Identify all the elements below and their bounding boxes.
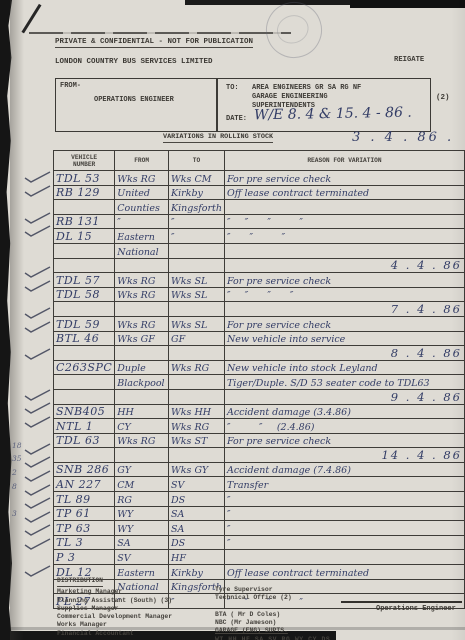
to-line-1: AREA ENGINEERS GR SA RG NF [252,84,361,92]
cell-reason: For pre service check [224,273,464,288]
variations-table: VEHICLENUMBER FROM TO REASON FOR VARIATI… [53,150,465,609]
tick-mark-icon [24,184,52,197]
cell-from: Wks RG [115,171,169,186]
cell-reason [224,243,464,258]
cell-vehicle: TDL 53 [54,171,115,186]
margin-tick [10,319,54,333]
cell-vehicle: TDL 63 [54,433,115,448]
cell-to: Wks HH [169,404,225,419]
table-row: C263SPCDupleWks RGNew vehicle into stock… [54,360,465,375]
table-row: TDL 59Wks RGWks SLFor pre service check [54,316,465,331]
variations-table-body: TDL 53Wks RGWks CMFor pre service checkR… [54,171,465,609]
cell-to: ″ [169,214,225,229]
header-from: FROM [115,151,169,171]
tick-mark-icon [24,510,52,523]
cell-to: SA [169,521,225,536]
cell-reason: New vehicle into stock Leyland [224,360,464,375]
cell-to: SA [169,506,225,521]
distribution-item: BTA ( Mr D Coles) [215,611,330,619]
cell-reason: Accident damage (7.4.86) [224,462,464,477]
cell-vehicle: NTL 1 [54,419,115,434]
cell-reason: 8 . 4 . 86 [224,346,464,361]
tick-mark-icon [24,415,52,428]
table-row: RB 129UnitedKirkbyOff lease contract ter… [54,185,465,200]
from-label: FROM- [60,82,81,90]
cell-vehicle: SNB405 [54,404,115,419]
cell-from [115,258,169,273]
margin-spacer [10,427,54,441]
cell-reason: ″ [224,521,464,536]
cell-to: HF [169,550,225,565]
cell-from: CM [115,477,169,492]
cell-from: WY [115,521,169,536]
cell-from: SV [115,550,169,565]
distribution-item: Commercial Development Manager [57,613,172,621]
distribution-item: Tyre Supervisor [215,586,330,594]
table-row: 14 . 4 . 86 [54,448,465,463]
margin-tick: 2 [10,468,54,482]
cell-to: ″ [169,229,225,244]
faint-circular-stamp [259,0,330,65]
cell-reason: For pre service check [224,433,464,448]
table-row: TP 63WYSA″ [54,521,465,536]
cell-reason: 7 . 4 . 86 [224,302,464,317]
cell-to: Wks GY [169,462,225,477]
table-row: TDL 58Wks RGWks SL″ ″ ″ ″ [54,287,465,302]
margin-tick [10,210,54,224]
from-value: OPERATIONS ENGINEER [94,96,174,104]
margin-spacer [10,237,54,251]
location-label: REIGATE [394,56,424,64]
table-header-row: VEHICLENUMBER FROM TO REASON FOR VARIATI… [54,151,465,171]
date-label: DATE: [226,115,247,123]
cell-vehicle: TDL 57 [54,273,115,288]
tick-mark-icon [24,401,52,414]
margin-note: 8 [12,482,17,491]
distribution-item: Supplies Manager [57,605,172,613]
cell-vehicle [54,258,115,273]
cell-vehicle: SNB 286 [54,462,115,477]
distribution-item: Works Manager [57,621,172,629]
cell-to: Kingsforth [169,200,225,215]
cell-to: GF [169,331,225,346]
table-row: TL 89RGDS″ [54,492,465,507]
confidential-notice: PRIVATE & CONFIDENTIAL - NOT FOR PUBLICA… [55,38,253,48]
table-row: SNB405HHWks HHAccident damage (3.4.86) [54,404,465,419]
margin-tick [10,264,54,278]
cell-from: Eastern [115,229,169,244]
cell-from: ″ [115,214,169,229]
margin-tick [10,223,54,237]
tick-mark-icon [24,537,52,550]
handwritten-date: W/E 8. 4 & 15. 4 - 86 . [254,105,412,124]
company-name: LONDON COUNTRY BUS SERVICES LIMITED [55,58,213,66]
margin-note: 18 [12,441,22,450]
cell-to: DS [169,535,225,550]
scan-edge-top-right [350,0,465,8]
margin-spacer [10,550,54,564]
cell-from: National [115,243,169,258]
tick-mark-icon [24,320,52,333]
table-row: P 3SVHF [54,550,465,565]
distribution-item: NBC (Mr Jameson) [215,619,330,627]
cell-to [169,346,225,361]
cell-from [115,389,169,404]
tick-mark-icon [24,347,52,360]
margin-tick [10,183,54,197]
margin-spacer [10,196,54,210]
cell-reason: For pre service check [224,171,464,186]
cell-vehicle: C263SPC [54,360,115,375]
cell-to: Wks ST [169,433,225,448]
cell-vehicle: TDL 59 [54,316,115,331]
scanned-document-page: PRIVATE & CONFIDENTIAL - NOT FOR PUBLICA… [0,0,465,640]
cell-reason: 14 . 4 . 86 [224,448,464,463]
cell-reason: 4 . 4 . 86 [224,258,464,273]
table-row: TDL 63Wks RGWks STFor pre service check [54,433,465,448]
cell-vehicle [54,389,115,404]
table-row: RB 131″″″ ″ ″ ″ [54,214,465,229]
cell-to: Wks CM [169,171,225,186]
cell-reason: Tiger/Duple. S/D 53 seater code to TDL63 [224,375,464,390]
cell-vehicle: P 3 [54,550,115,565]
tick-mark-icon [24,279,52,292]
tick-mark-icon [24,469,52,482]
table-row: 7 . 4 . 86 [54,302,465,317]
margin-tick [10,387,54,401]
cell-to [169,243,225,258]
margin-tick [10,278,54,292]
cell-reason: Transfer [224,477,464,492]
tick-mark-icon [24,483,52,496]
cell-to [169,258,225,273]
cell-reason [224,550,464,565]
margin-tick: 8 [10,482,54,496]
page-title: VARIATIONS IN ROLLING STOCK [163,133,273,143]
cell-to: SV [169,477,225,492]
cell-from: SA [115,535,169,550]
table-row: TDL 57Wks RGWks SLFor pre service check [54,273,465,288]
table-row: NTL 1CYWks RG″ ″ (2.4.86) [54,419,465,434]
table-row: 8 . 4 . 86 [54,346,465,361]
tick-mark-icon [24,388,52,401]
cell-reason: 9 . 4 . 86 [224,389,464,404]
margin-tick [10,522,54,536]
margin-tick [10,169,54,183]
margin-gutter: 1835283 [10,169,54,577]
cell-to: Wks SL [169,287,225,302]
cell-vehicle: RB 129 [54,185,115,200]
cell-reason: ″ [224,506,464,521]
cell-to: Kirkby [169,565,225,580]
handwritten-section-date: 3 . 4 . 86 . [352,130,454,145]
cell-from: CY [115,419,169,434]
cell-from: GY [115,462,169,477]
distribution-right-list: Tyre SupervisorTechnical Office (2) BTA … [215,586,330,640]
cell-vehicle [54,243,115,258]
cell-from: Wks RG [115,273,169,288]
cell-from: Wks RG [115,287,169,302]
margin-tick: 35 [10,454,54,468]
signature-line [341,601,462,603]
tick-mark-icon [24,170,52,183]
cell-to [169,302,225,317]
margin-tick: 3 [10,509,54,523]
margin-tick [10,305,54,319]
tick-mark-icon [24,523,52,536]
table-row: TDL 53Wks RGWks CMFor pre service check [54,171,465,186]
cell-reason [224,200,464,215]
cell-from: Duple [115,360,169,375]
distribution-heading: DISTRIBUTION [57,577,103,587]
tick-mark-icon [24,224,52,237]
cell-reason: ″ ″ ″ [224,229,464,244]
cell-to [169,389,225,404]
cell-to: Wks SL [169,316,225,331]
table-row: National [54,243,465,258]
table-row: AN 227CMSVTransfer [54,477,465,492]
cell-to [169,375,225,390]
distribution-item: Financial Accountant [57,630,172,638]
margin-tick [10,400,54,414]
cell-reason: ″ [224,492,464,507]
to-label: TO: [226,84,239,92]
top-rule-line [29,32,291,34]
tick-mark-icon [24,455,52,468]
cell-vehicle: TL 89 [54,492,115,507]
margin-note: 2 [12,468,17,477]
cell-from [115,346,169,361]
cell-vehicle [54,200,115,215]
tick-mark-icon [24,442,52,455]
margin-note: 3 [12,509,17,518]
cell-reason: ″ ″ ″ ″ [224,287,464,302]
signature-role: Operations Engineer [376,605,456,613]
margin-tick [10,346,54,360]
cell-reason: New vehicle into service [224,331,464,346]
cell-vehicle [54,302,115,317]
cell-reason: For pre service check [224,316,464,331]
table-row: DL 15Eastern″″ ″ ″ [54,229,465,244]
cell-from: United [115,185,169,200]
margin-tick [10,414,54,428]
garage-supts-label: GARAGE (ENG) SUPTS. [215,627,330,635]
cell-reason: ″ [224,535,464,550]
distribution-block: DISTRIBUTION Marketing ManagerPlanning A… [57,577,172,638]
cell-from: Wks RG [115,433,169,448]
cell-vehicle: TP 61 [54,506,115,521]
garage-supts-codes: WT HH HF SA SV RG WY CY DS [215,636,330,640]
cell-vehicle [54,448,115,463]
cell-vehicle: DL 15 [54,229,115,244]
cell-from: Wks GF [115,331,169,346]
margin-spacer [10,291,54,305]
cell-from [115,302,169,317]
handwritten-slash-mark [21,4,41,33]
copy-number: (2) [436,94,450,102]
table-row: 9 . 4 . 86 [54,389,465,404]
distribution-left-list: Marketing ManagerPlanning Assistant (Sou… [57,588,172,638]
cell-from: Counties [115,200,169,215]
distribution-item: Planning Assistant (South) (3) [57,597,172,605]
distribution-item: Technical Office (2) [215,594,330,602]
cell-reason: ″ ″ (2.4.86) [224,419,464,434]
cell-reason: Off lease contract terminated [224,565,464,580]
header-to: TO [169,151,225,171]
table-row: SNB 286GYWks GYAccident damage (7.4.86) [54,462,465,477]
cell-from: RG [115,492,169,507]
distribution-item: Marketing Manager [57,588,172,596]
cell-to: DS [169,492,225,507]
margin-spacer [10,373,54,387]
margin-tick [10,563,54,577]
margin-spacer [10,251,54,265]
margin-tick [10,536,54,550]
table-row: CountiesKingsforth [54,200,465,215]
tick-mark-icon [24,306,52,319]
tick-mark-icon [24,564,52,577]
cell-reason: Accident damage (3.4.86) [224,404,464,419]
cell-vehicle: TL 3 [54,535,115,550]
cell-from: Wks RG [115,316,169,331]
margin-note: 35 [12,454,22,463]
table-row: 4 . 4 . 86 [54,258,465,273]
table-row: BTL 46Wks GFGFNew vehicle into service [54,331,465,346]
cell-vehicle: TDL 58 [54,287,115,302]
to-line-2: GARAGE ENGINEERING [252,93,328,101]
cell-vehicle: BTL 46 [54,331,115,346]
cell-from: Blackpool [115,375,169,390]
routing-box: FROM- OPERATIONS ENGINEER TO: AREA ENGIN… [55,78,431,132]
margin-spacer [10,332,54,346]
table-row: BlackpoolTiger/Duple. S/D 53 seater code… [54,375,465,390]
cell-vehicle: AN 227 [54,477,115,492]
cell-reason: Off lease contract terminated [224,185,464,200]
cell-to: Kirkby [169,185,225,200]
table-row: TL 3SADS″ [54,535,465,550]
cell-from [115,448,169,463]
cell-to: Wks RG [169,419,225,434]
cell-vehicle: RB 131 [54,214,115,229]
cell-to [169,448,225,463]
margin-spacer [10,359,54,373]
tick-mark-icon [24,211,52,224]
margin-tick [10,495,54,509]
margin-tick: 18 [10,441,54,455]
cell-to: Wks RG [169,360,225,375]
cell-reason: ″ ″ ″ ″ [224,214,464,229]
routing-box-divider [216,79,218,131]
header-vehicle-number: VEHICLENUMBER [54,151,115,171]
cell-vehicle [54,375,115,390]
table-row: TP 61WYSA″ [54,506,465,521]
cell-vehicle [54,346,115,361]
cell-from: WY [115,506,169,521]
cell-to: Wks SL [169,273,225,288]
distribution-item [215,603,330,611]
tick-mark-icon [24,265,52,278]
cell-vehicle: TP 63 [54,521,115,536]
cell-from: HH [115,404,169,419]
header-reason: REASON FOR VARIATION [224,151,464,171]
tick-mark-icon [24,496,52,509]
